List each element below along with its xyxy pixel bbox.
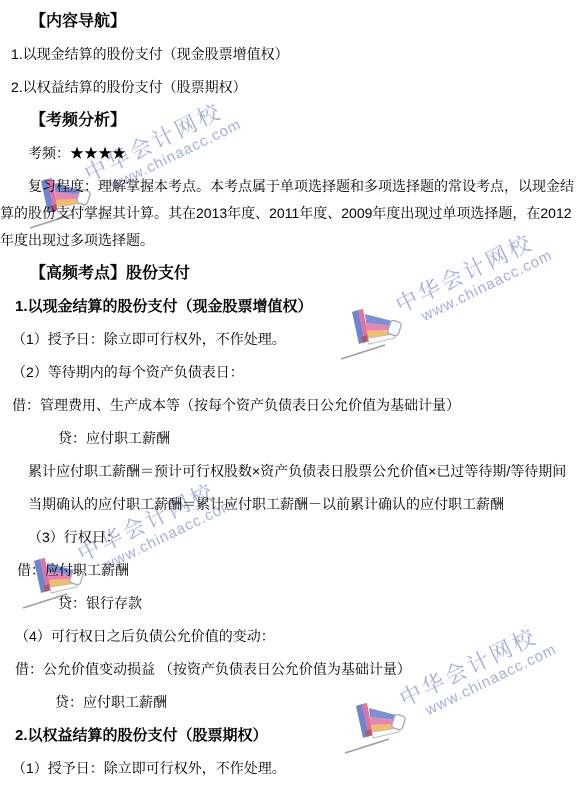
- section-heading-high-frequency: 【高频考点】股份支付: [0, 260, 578, 287]
- journal-credit-employee-pay-2: 贷：应付职工薪酬: [0, 689, 578, 716]
- subheading-cash-settled: 1.以现金结算的股份支付（现金股票增值权）: [0, 293, 578, 320]
- section-heading-exam-frequency: 【考频分析】: [0, 107, 578, 134]
- cash-balance-sheet-date-line: （2）等待期内的每个资产负债表日：: [0, 359, 578, 386]
- exam-frequency-stars: 考频：★★★★: [0, 140, 578, 167]
- journal-debit-fair-value-change: 借：公允价值变动损益 （按资产负债表日公允价值为基础计量）: [0, 656, 578, 683]
- journal-debit-employee-pay: 借：应付职工薪酬: [0, 557, 578, 584]
- cash-exercise-date-line: （3）行权日：: [0, 524, 578, 551]
- document-page: 中华会计网校 www.chinaacc.com 中华会计网校 www.china…: [0, 0, 578, 803]
- cash-after-vesting-line: （4）可行权日之后负债公允价值的变动：: [0, 623, 578, 650]
- review-level-paragraph: 复习程度：理解掌握本考点。本考点属于单项选择题和多项选择题的常设考点，以现金结算…: [0, 173, 578, 254]
- document-content: 【内容导航】 1.以现金结算的股份支付（现金股票增值权） 2.以权益结算的股份支…: [0, 0, 578, 782]
- formula-current-employee-pay: 当期确认的应付职工薪酬＝累计应付职工薪酬－以前累计确认的应付职工薪酬: [0, 491, 578, 518]
- subheading-equity-settled: 2.以权益结算的股份支付（股票期权）: [0, 722, 578, 749]
- journal-credit-bank-deposit: 贷：银行存款: [0, 590, 578, 617]
- nav-item-equity-settled: 2.以权益结算的股份支付（股票期权）: [0, 74, 578, 101]
- journal-debit-admin-expense: 借：管理费用、生产成本等（按每个资产负债表日公允价值为基础计量）: [0, 392, 578, 419]
- formula-cumulative-employee-pay: 累计应付职工薪酬＝预计可行权股数×资产负债表日股票公允价值×已过等待期/等待期间: [0, 458, 578, 485]
- nav-item-cash-settled: 1.以现金结算的股份支付（现金股票增值权）: [0, 41, 578, 68]
- cash-grant-date-line: （1）授予日：除立即可行权外，不作处理。: [0, 326, 578, 353]
- journal-credit-employee-pay: 贷：应付职工薪酬: [0, 425, 578, 452]
- equity-grant-date-line: （1）授予日：除立即可行权外，不作处理。: [0, 755, 578, 782]
- section-heading-content-navigation: 【内容导航】: [0, 8, 578, 35]
